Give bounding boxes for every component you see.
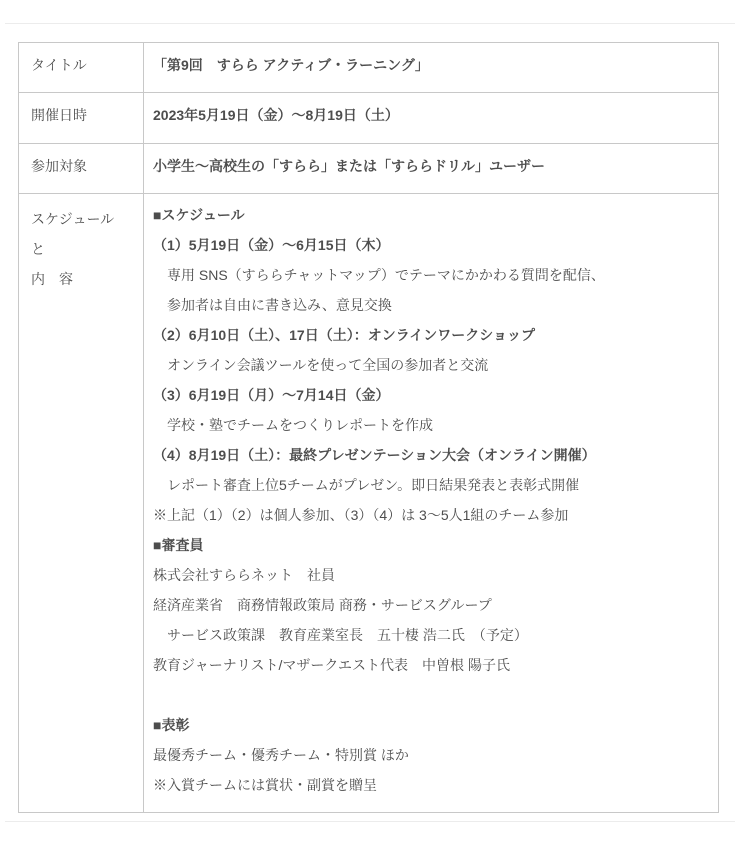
content-line: 参加者は自由に書き込み、意見交換 [153, 290, 708, 320]
table-row: 参加対象 小学生～高校生の「すらら」または「すららドリル」ユーザー [19, 144, 719, 194]
content-line: ※入賞チームには賞状・副賞を贈呈 [153, 770, 708, 800]
table-row: タイトル 「第9回 すらら アクティブ・ラーニング」 [19, 43, 719, 93]
row-label-line: 内 容 [31, 264, 135, 294]
row-label: 参加対象 [19, 144, 144, 194]
content-line: 学校・塾でチームをつくりレポートを作成 [153, 410, 708, 440]
row-value: 2023年5月19日（金）～8月19日（土） [144, 93, 719, 144]
content-line: （2）6月10日（土）、17日（土）：オンラインワークショップ [153, 320, 708, 350]
content-line: 経済産業省 商務情報政策局 商務・サービスグループ [153, 590, 708, 620]
schedule-content: ■スケジュール（1）5月19日（金）～6月15日（木）専用 SNS（すららチャッ… [144, 194, 719, 813]
table-row: 開催日時 2023年5月19日（金）～8月19日（土） [19, 93, 719, 144]
content-line: ※上記（1）（2）は個人参加、（3）（4）は 3～5人1組のチーム参加 [153, 500, 708, 530]
content-line: オンライン会議ツールを使って全国の参加者と交流 [153, 350, 708, 380]
content-line: （4）8月19日（土）：最終プレゼンテーション大会（オンライン開催） [153, 440, 708, 470]
content-line: 最優秀チーム・優秀チーム・特別賞 ほか [153, 740, 708, 770]
content-line: ■審査員 [153, 530, 708, 560]
row-label: 開催日時 [19, 93, 144, 144]
content-line: レポート審査上位5チームがプレゼン。即日結果発表と表彰式開催 [153, 470, 708, 500]
row-value: 「第9回 すらら アクティブ・ラーニング」 [144, 43, 719, 93]
table-row-schedule: スケジュール と 内 容 ■スケジュール（1）5月19日（金）～6月15日（木）… [19, 194, 719, 813]
row-label-line: と [31, 234, 135, 264]
page: タイトル 「第9回 すらら アクティブ・ラーニング」 開催日時 2023年5月1… [0, 0, 740, 857]
content-line: 専用 SNS（すららチャットマップ）でテーマにかかわる質問を配信、 [153, 260, 708, 290]
row-value: 小学生～高校生の「すらら」または「すららドリル」ユーザー [144, 144, 719, 194]
content-line: ■表彰 [153, 710, 708, 740]
content-line: サービス政策課 教育産業室長 五十棲 浩二氏 （予定） [153, 620, 708, 650]
content-area: タイトル 「第9回 すらら アクティブ・ラーニング」 開催日時 2023年5月1… [5, 23, 735, 822]
content-line: （1）5月19日（金）～6月15日（木） [153, 230, 708, 260]
info-table: タイトル 「第9回 すらら アクティブ・ラーニング」 開催日時 2023年5月1… [18, 42, 719, 813]
content-line: （3）6月19日（月）～7月14日（金） [153, 380, 708, 410]
row-label-schedule: スケジュール と 内 容 [19, 194, 144, 813]
row-label-line: スケジュール [31, 204, 135, 234]
row-label: タイトル [19, 43, 144, 93]
content-line: 教育ジャーナリスト/マザークエスト代表 中曽根 陽子氏 [153, 650, 708, 680]
content-line [153, 680, 708, 710]
content-line: 株式会社すららネット 社員 [153, 560, 708, 590]
content-line: ■スケジュール [153, 200, 708, 230]
